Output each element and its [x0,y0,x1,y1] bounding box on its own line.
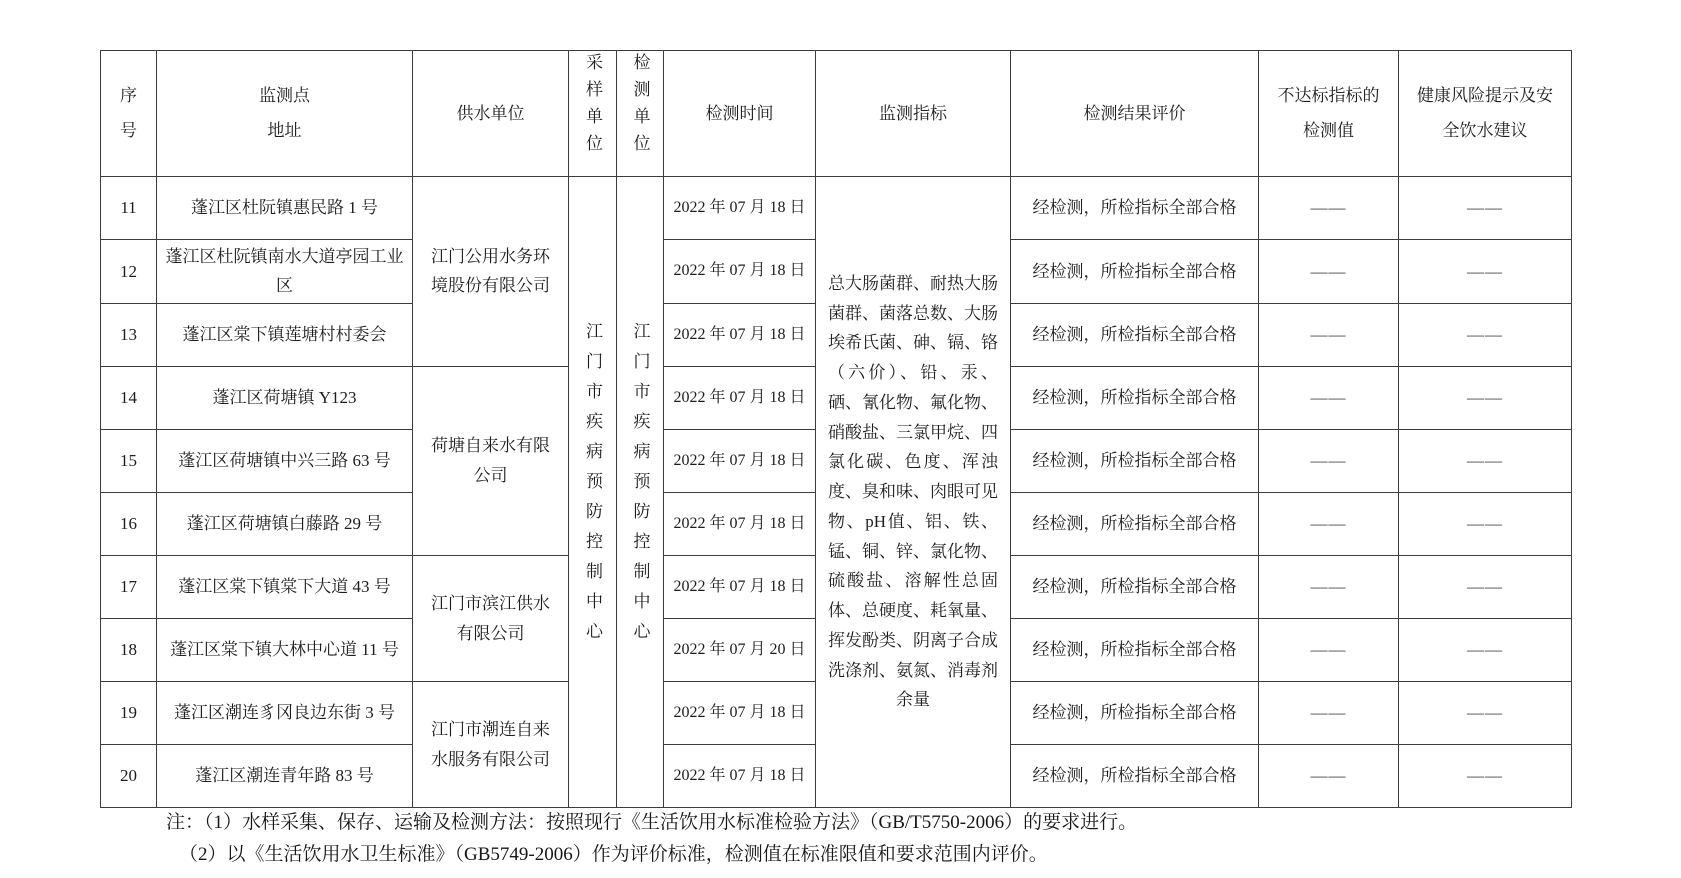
cell-health-advice: —— [1399,493,1572,556]
cell-address: 蓬江区杜阮镇惠民路 1 号 [157,176,413,239]
cell-substandard-value: —— [1259,619,1399,682]
col-header-health-advice: 健康风险提示及安 全饮水建议 [1399,51,1572,177]
cell-address: 蓬江区潮连青年路 83 号 [157,745,413,808]
col-header-address: 监测点 地址 [157,51,413,177]
cell-result: 经检测，所检指标全部合格 [1011,493,1259,556]
cell-testing-unit: 江门市疾病预防控制中心 [617,176,664,808]
cell-health-advice: —— [1399,367,1572,430]
cell-no: 17 [101,556,157,619]
cell-substandard-value: —— [1259,556,1399,619]
col-header-sampling-unit: 采样单位 [569,51,617,177]
col-header-indicators: 监测指标 [816,51,1011,177]
sampling-unit-value: 江门市疾病预防控制中心 [584,322,601,652]
cell-result: 经检测，所检指标全部合格 [1011,745,1259,808]
sampling-unit-header-label: 采样单位 [584,53,601,161]
testing-unit-value: 江门市疾病预防控制中心 [632,322,649,652]
cell-address: 蓬江区潮连豸冈良边东街 3 号 [157,682,413,745]
cell-substandard-value: —— [1259,430,1399,493]
cell-result: 经检测，所检指标全部合格 [1011,619,1259,682]
col-header-result: 检测结果评价 [1011,51,1259,177]
cell-test-date: 2022 年 07 月 18 日 [664,239,816,304]
cell-health-advice: —— [1399,176,1572,239]
cell-health-advice: —— [1399,745,1572,808]
cell-no: 20 [101,745,157,808]
cell-no: 14 [101,367,157,430]
cell-test-date: 2022 年 07 月 18 日 [664,430,816,493]
cell-health-advice: —— [1399,430,1572,493]
col-header-supplier: 供水单位 [413,51,569,177]
cell-indicators: 总大肠菌群、耐热大肠菌群、菌落总数、大肠埃希氏菌、砷、镉、铬（六价）、铅、汞、硒… [816,176,1011,808]
cell-supplier-group-3: 江门市滨江供水有限公司 [413,556,569,682]
cell-address: 蓬江区荷塘镇 Y123 [157,367,413,430]
cell-address: 蓬江区棠下镇大林中心道 11 号 [157,619,413,682]
cell-substandard-value: —— [1259,176,1399,239]
col-header-test-date: 检测时间 [664,51,816,177]
cell-test-date: 2022 年 07 月 18 日 [664,745,816,808]
header-row: 序 号 监测点 地址 供水单位 采样单位 检测单位 检测时间 监测指标 检测结果… [101,51,1572,177]
cell-address: 蓬江区棠下镇棠下大道 43 号 [157,556,413,619]
cell-no: 12 [101,239,157,304]
cell-test-date: 2022 年 07 月 18 日 [664,176,816,239]
cell-address: 蓬江区荷塘镇中兴三路 63 号 [157,430,413,493]
cell-supplier-group-2: 荷塘自来水有限公司 [413,367,569,556]
col-header-substandard-value: 不达标指标的 检测值 [1259,51,1399,177]
cell-result: 经检测，所检指标全部合格 [1011,430,1259,493]
footnote-2: （2）以《生活饮用水卫生标准》（GB5749-2006）作为评价标准，检测值在标… [179,842,1048,869]
cell-substandard-value: —— [1259,367,1399,430]
cell-address: 蓬江区棠下镇莲塘村村委会 [157,304,413,367]
cell-health-advice: —— [1399,239,1572,304]
cell-supplier-group-1: 江门公用水务环境股份有限公司 [413,176,569,367]
cell-test-date: 2022 年 07 月 18 日 [664,304,816,367]
cell-test-date: 2022 年 07 月 18 日 [664,493,816,556]
cell-address: 蓬江区杜阮镇南水大道亭园工业区 [157,239,413,304]
cell-substandard-value: —— [1259,304,1399,367]
cell-test-date: 2022 年 07 月 18 日 [664,556,816,619]
cell-no: 19 [101,682,157,745]
cell-health-advice: —— [1399,556,1572,619]
cell-substandard-value: —— [1259,239,1399,304]
cell-no: 18 [101,619,157,682]
cell-sampling-unit: 江门市疾病预防控制中心 [569,176,617,808]
water-quality-table: 序 号 监测点 地址 供水单位 采样单位 检测单位 检测时间 监测指标 检测结果… [100,50,1572,808]
testing-unit-header-label: 检测单位 [632,53,649,161]
cell-health-advice: —— [1399,304,1572,367]
table-row-11: 11 蓬江区杜阮镇惠民路 1 号 江门公用水务环境股份有限公司 江门市疾病预防控… [101,176,1572,239]
cell-no: 16 [101,493,157,556]
cell-substandard-value: —— [1259,682,1399,745]
cell-health-advice: —— [1399,619,1572,682]
cell-health-advice: —— [1399,682,1572,745]
col-header-no: 序 号 [101,51,157,177]
cell-result: 经检测，所检指标全部合格 [1011,239,1259,304]
cell-result: 经检测，所检指标全部合格 [1011,682,1259,745]
cell-no: 13 [101,304,157,367]
cell-result: 经检测，所检指标全部合格 [1011,367,1259,430]
cell-no: 11 [101,176,157,239]
document-page: 序 号 监测点 地址 供水单位 采样单位 检测单位 检测时间 监测指标 检测结果… [0,0,1681,878]
cell-test-date: 2022 年 07 月 20 日 [664,619,816,682]
cell-substandard-value: —— [1259,493,1399,556]
col-header-testing-unit: 检测单位 [617,51,664,177]
cell-no: 15 [101,430,157,493]
cell-address: 蓬江区荷塘镇白藤路 29 号 [157,493,413,556]
cell-result: 经检测，所检指标全部合格 [1011,304,1259,367]
cell-substandard-value: —— [1259,745,1399,808]
cell-supplier-group-4: 江门市潮连自来水服务有限公司 [413,682,569,808]
cell-test-date: 2022 年 07 月 18 日 [664,367,816,430]
cell-result: 经检测，所检指标全部合格 [1011,556,1259,619]
footnote-1: 注：（1）水样采集、保存、运输及检测方法：按照现行《生活饮用水标准检验方法》（G… [166,810,1137,837]
cell-result: 经检测，所检指标全部合格 [1011,176,1259,239]
cell-test-date: 2022 年 07 月 18 日 [664,682,816,745]
